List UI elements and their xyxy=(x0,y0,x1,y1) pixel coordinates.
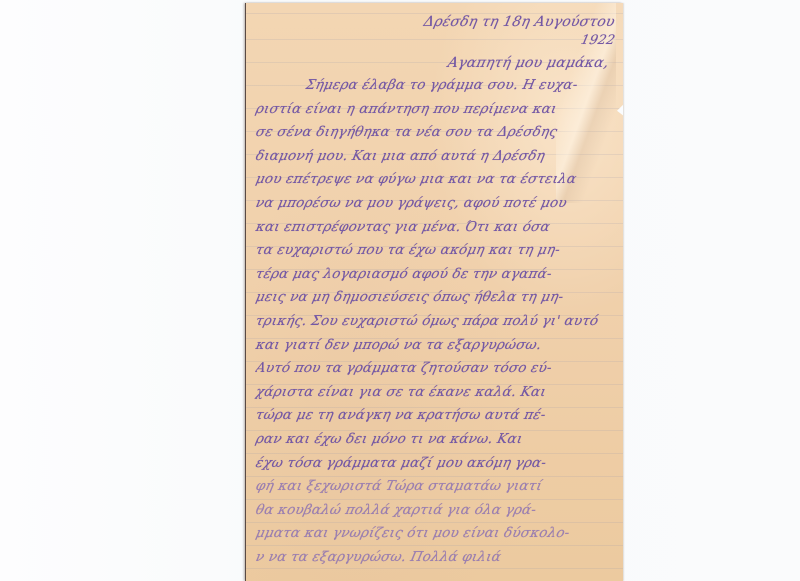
letter-line: τέρα μας λογαριασμό αφού δε την αγαπά- xyxy=(254,266,617,282)
letter-line: χάριστα είναι για σε τα έκανε καλά. Και xyxy=(254,384,617,400)
letter-line: και επιστρέφοντας για μένα. Ότι και όσα xyxy=(254,219,617,235)
letter-line: διαμονή μου. Και μια από αυτά η Δρέσδη xyxy=(254,148,617,164)
letter-line: θα κουβαλώ πολλά χαρτιά για όλα γρά- xyxy=(254,502,617,518)
letter-year: 1922 xyxy=(580,33,617,48)
letter-line: μματα και γνωρίζεις ότι μου είναι δύσκολ… xyxy=(254,525,617,541)
letter-line: ν να τα εξαργυρώσω. Πολλά φιλιά xyxy=(254,549,617,565)
letter-line: φή και ξεχωριστά Τώρα σταματάω γιατί xyxy=(254,478,617,494)
letter-line: Αυτό που τα γράμματα ζητούσαν τόσο εύ- xyxy=(254,360,617,376)
letter-line: τώρα με τη ανάγκη να κρατήσω αυτά πέ- xyxy=(254,407,617,423)
letter-line: σε σένα διηγήθηκα τα νέα σου τα Δρέσδης xyxy=(254,124,617,140)
letter-salutation: Αγαπητή μου μαμάκα, xyxy=(447,55,611,71)
letter-line: τα ευχαριστώ που τα έχω ακόμη και τη μη- xyxy=(254,242,617,258)
letter-line: μου επέτρεψε να φύγω μια και να τα έστει… xyxy=(254,171,617,187)
letter-page: Δρέσδη τη 18η Αυγούστου 1922 Αγαπητή μου… xyxy=(246,3,623,581)
letter-line: έχω τόσα γράμματα μαζί μου ακόμη γρα- xyxy=(254,455,617,471)
letter-line: ραν και έχω δει μόνο τι να κάνω. Και xyxy=(254,431,617,447)
letter-line: Σήμερα έλαβα το γράμμα σου. Η ευχα- xyxy=(304,77,623,93)
letter-line: μεις να μη δημοσιεύσεις όπως ήθελα τη μη… xyxy=(254,289,617,305)
letter-line: τρικής. Σου ευχαριστώ όμως πάρα πολύ γι'… xyxy=(254,313,617,329)
letter-place-date: Δρέσδη τη 18η Αυγούστου xyxy=(423,14,617,30)
letter-line: να μπορέσω να μου γράψεις, αφού ποτέ μου xyxy=(254,195,617,211)
letter-line: και γιατί δεν μπορώ να τα εξαργυρώσω. xyxy=(254,337,617,353)
letter-line: ριστία είναι η απάντηση που περίμενα και xyxy=(254,101,617,117)
